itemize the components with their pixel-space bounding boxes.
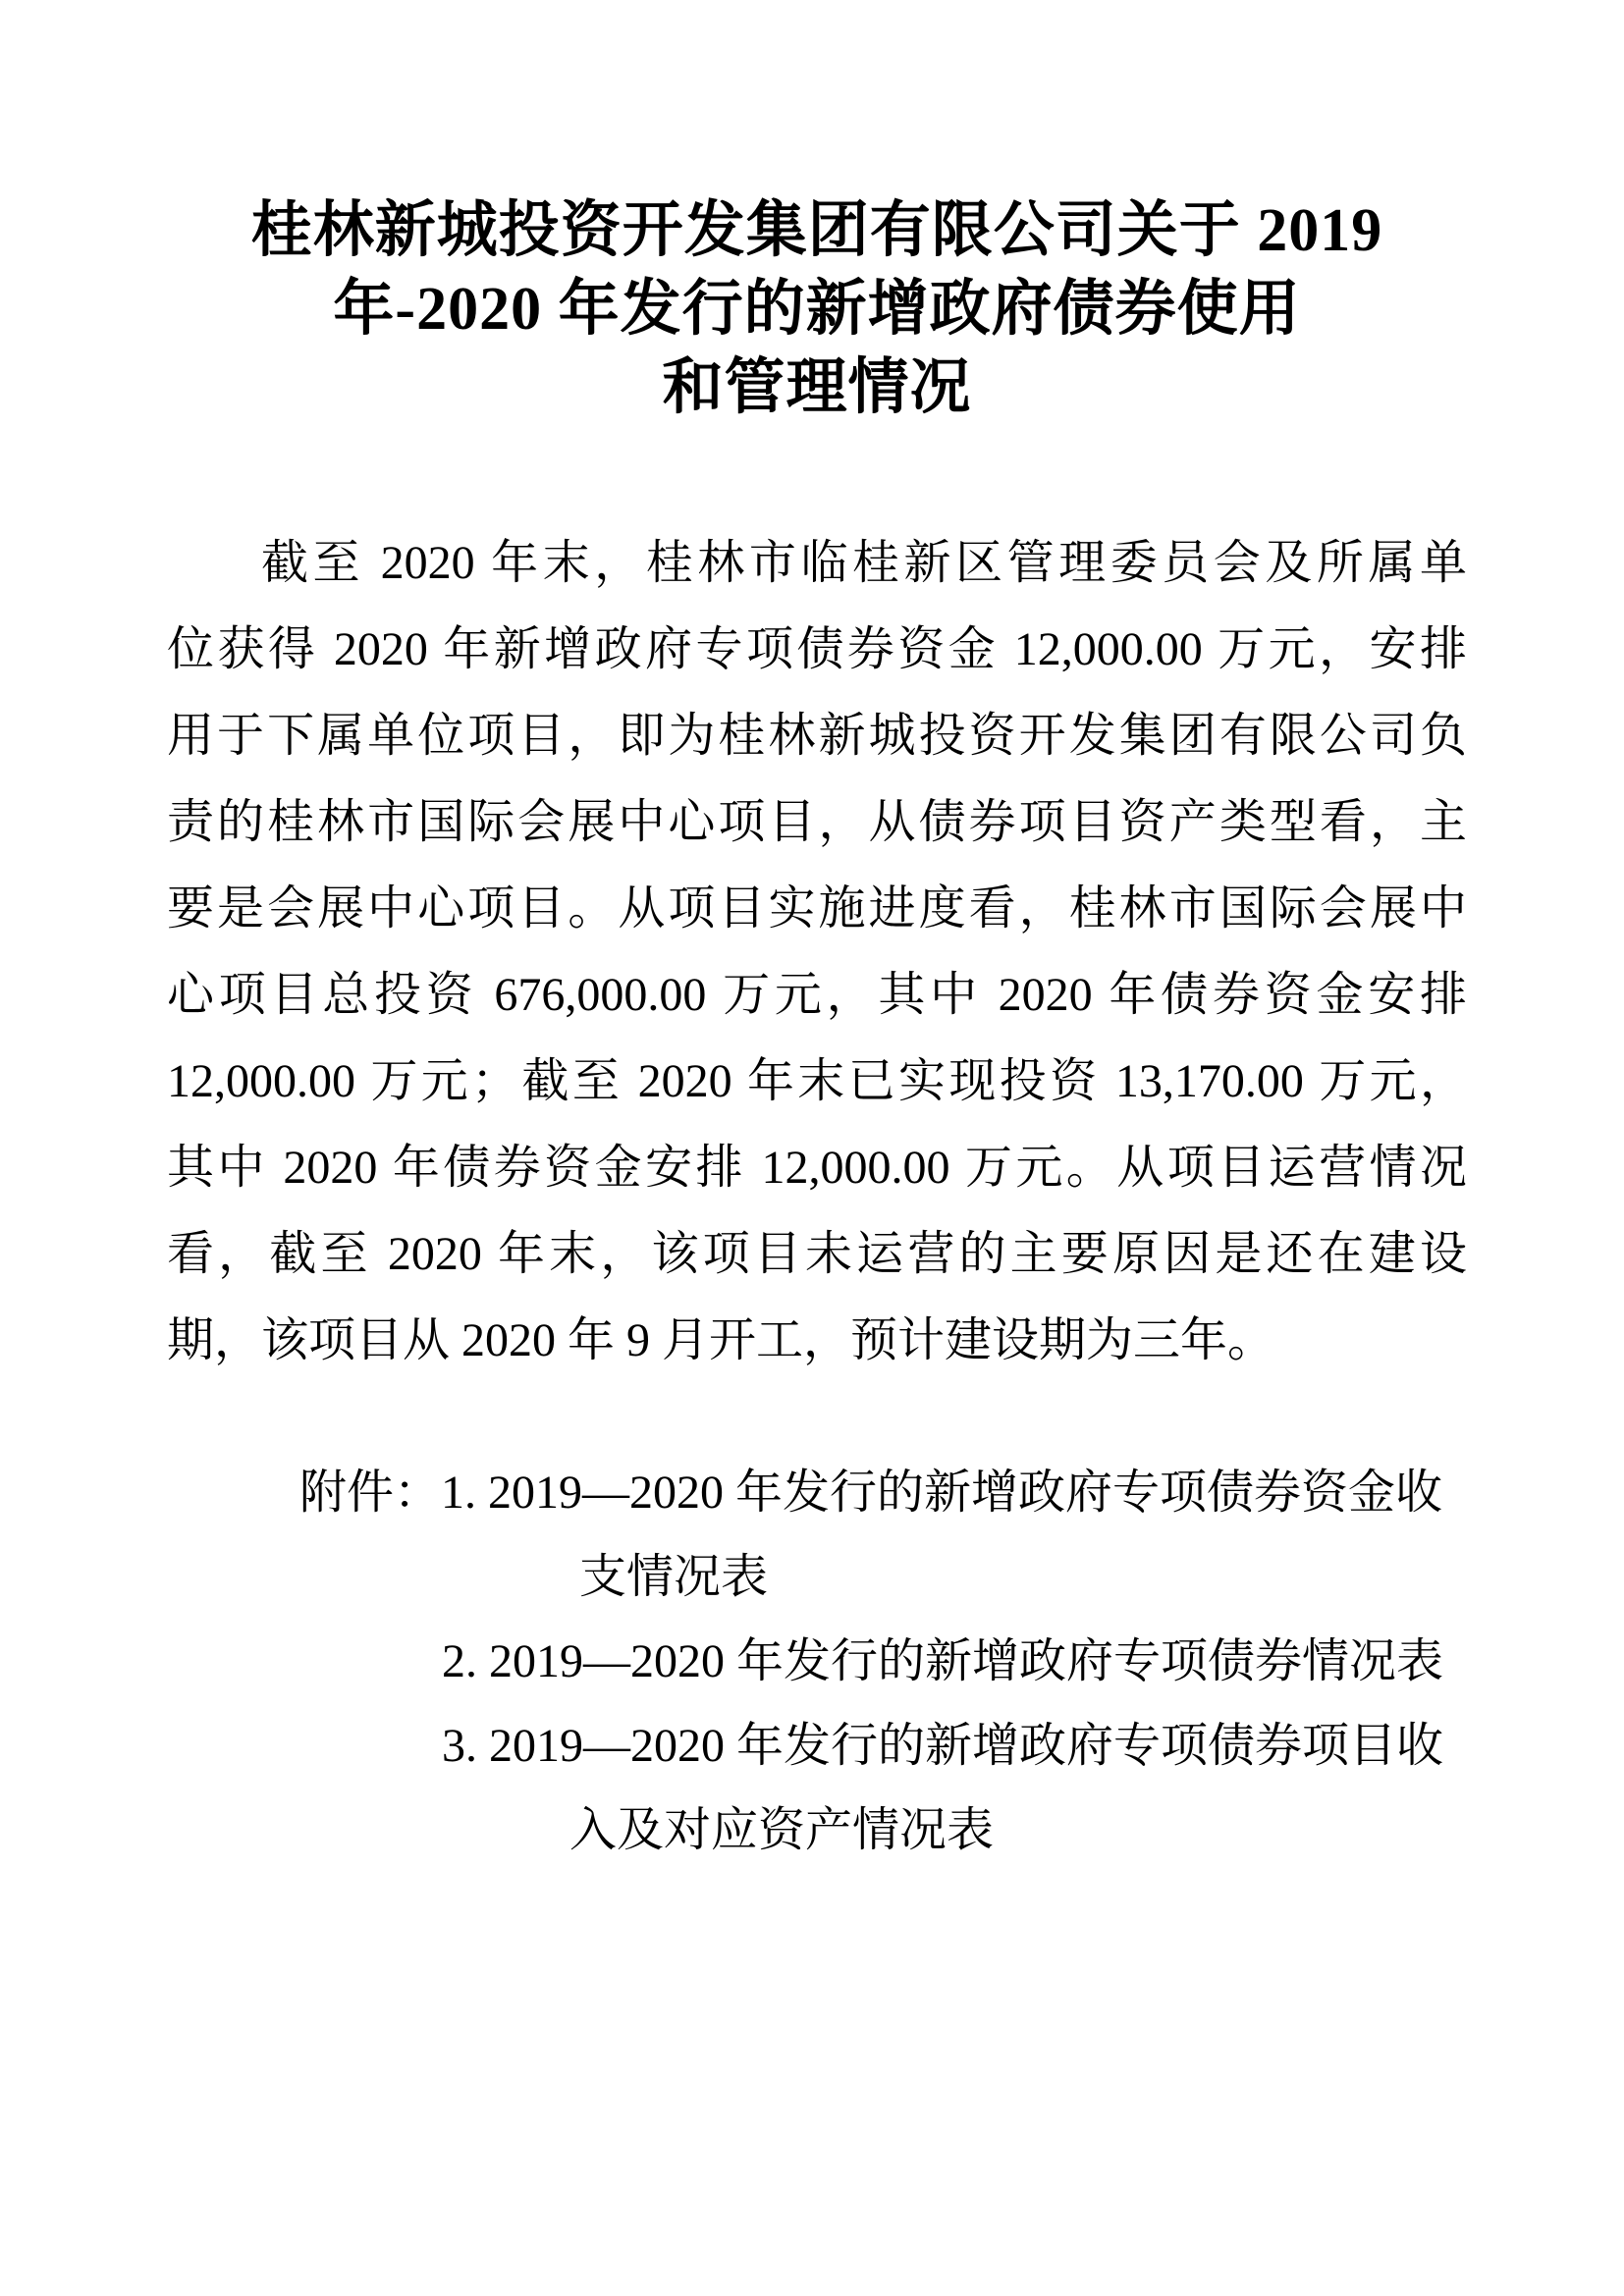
body-line: 看，截至 2020 年末，该项目未运营的主要原因是还在建设 <box>167 1211 1467 1298</box>
body-line: 12,000.00 万元；截至 2020 年末已实现投资 13,170.00 万… <box>167 1039 1467 1125</box>
body-line: 心项目总投资 676,000.00 万元，其中 2020 年债券资金安排 <box>167 952 1467 1039</box>
attachment-line: 附件：1. 2019—2020 年发行的新增政府专项债券资金收 <box>299 1451 1467 1535</box>
attachment-line: 3. 2019—2020 年发行的新增政府专项债券项目收 <box>442 1704 1467 1789</box>
document-title: 桂林新城投资开发集团有限公司关于 2019 年-2020 年发行的新增政府债券使… <box>167 191 1467 427</box>
body-line: 其中 2020 年债券资金安排 12,000.00 万元。从项目运营情况 <box>167 1125 1467 1211</box>
title-line-2: 年-2020 年发行的新增政府债券使用 <box>167 270 1467 348</box>
document-page: 桂林新城投资开发集团有限公司关于 2019 年-2020 年发行的新增政府债券使… <box>0 0 1624 2296</box>
attachment-line: 入及对应资产情况表 <box>569 1789 1467 1873</box>
body-line: 要是会展中心项目。从项目实施进度看，桂林市国际会展中 <box>167 866 1467 952</box>
document-body: 截至 2020 年末，桂林市临桂新区管理委员会及所属单 位获得 2020 年新增… <box>167 520 1467 1384</box>
title-line-3: 和管理情况 <box>167 348 1467 427</box>
body-line: 截至 2020 年末，桂林市临桂新区管理委员会及所属单 <box>167 520 1467 607</box>
title-line-1: 桂林新城投资开发集团有限公司关于 2019 <box>167 191 1467 270</box>
body-line: 用于下属单位项目，即为桂林新城投资开发集团有限公司负 <box>167 693 1467 779</box>
attachment-line: 2. 2019—2020 年发行的新增政府专项债券情况表 <box>442 1620 1467 1704</box>
body-line: 责的桂林市国际会展中心项目，从债券项目资产类型看，主 <box>167 779 1467 866</box>
attachment-line: 支情况表 <box>579 1535 1467 1620</box>
body-line: 期，该项目从 2020 年 9 月开工，预计建设期为三年。 <box>167 1298 1467 1384</box>
body-line: 位获得 2020 年新增政府专项债券资金 12,000.00 万元，安排 <box>167 607 1467 693</box>
attachment-list: 附件：1. 2019—2020 年发行的新增政府专项债券资金收 支情况表 2. … <box>167 1451 1467 1873</box>
